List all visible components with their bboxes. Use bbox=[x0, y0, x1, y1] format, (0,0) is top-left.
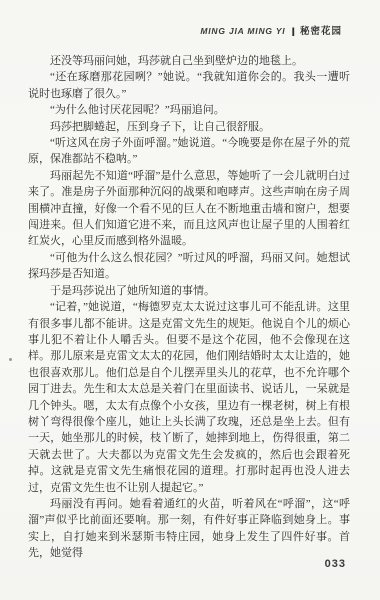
series-title: MING JIA MING YI bbox=[200, 26, 285, 36]
header-divider-bar: | bbox=[292, 25, 296, 37]
paragraph: 玛莎把脚蜷起，压到身子下，让自己很舒服。 bbox=[28, 119, 350, 135]
page-body: 还没等玛丽问她，玛莎就自己坐到壁炉边的地毯上。“还在琢磨那花园咧？”她说。“我就… bbox=[0, 53, 380, 562]
paragraph: “记着，”她说道，“梅德罗克太太说过这事儿可不能乱讲。这里有很多事儿都不能讲。这… bbox=[28, 299, 350, 496]
scan-artifact-dot bbox=[9, 358, 12, 361]
paragraph: 玛丽没有再问。她看着通红的火苗，听着风在“呼溜”，这“呼溜”声似乎比前面还要响。… bbox=[28, 496, 350, 562]
page-number: 033 bbox=[325, 558, 346, 570]
book-title: 秘密花园 bbox=[300, 27, 342, 37]
running-header: MING JIA MING YI|秘密花园 bbox=[0, 24, 380, 38]
paragraph: “为什么他讨厌花园呢？”玛丽追问。 bbox=[28, 102, 350, 118]
paragraph: “可他为什么这么恨花园？”听过风的呼溜，玛丽又问。她想试探玛莎是否知道。 bbox=[28, 250, 350, 283]
book-page: MING JIA MING YI|秘密花园 还没等玛丽问她，玛莎就自己坐到壁炉边… bbox=[0, 0, 380, 600]
paragraph: 还没等玛丽问她，玛莎就自己坐到壁炉边的地毯上。 bbox=[28, 53, 350, 69]
paragraph: “听这风在房子外面呼溜。”她说道。“今晚要是你在屋子外的荒原，保准都站不稳呐。” bbox=[28, 135, 350, 168]
paragraph: 于是玛莎说出了她所知道的事情。 bbox=[28, 283, 350, 299]
paragraph: “还在琢磨那花园咧？”她说。“我就知道你会的。我头一遭听说时也琢磨了很久。” bbox=[28, 69, 350, 102]
paragraph: 玛丽起先不知道“呼溜”是什么意思，等她听了一会儿就明白过来了。准是房子外面那种沉… bbox=[28, 168, 350, 250]
